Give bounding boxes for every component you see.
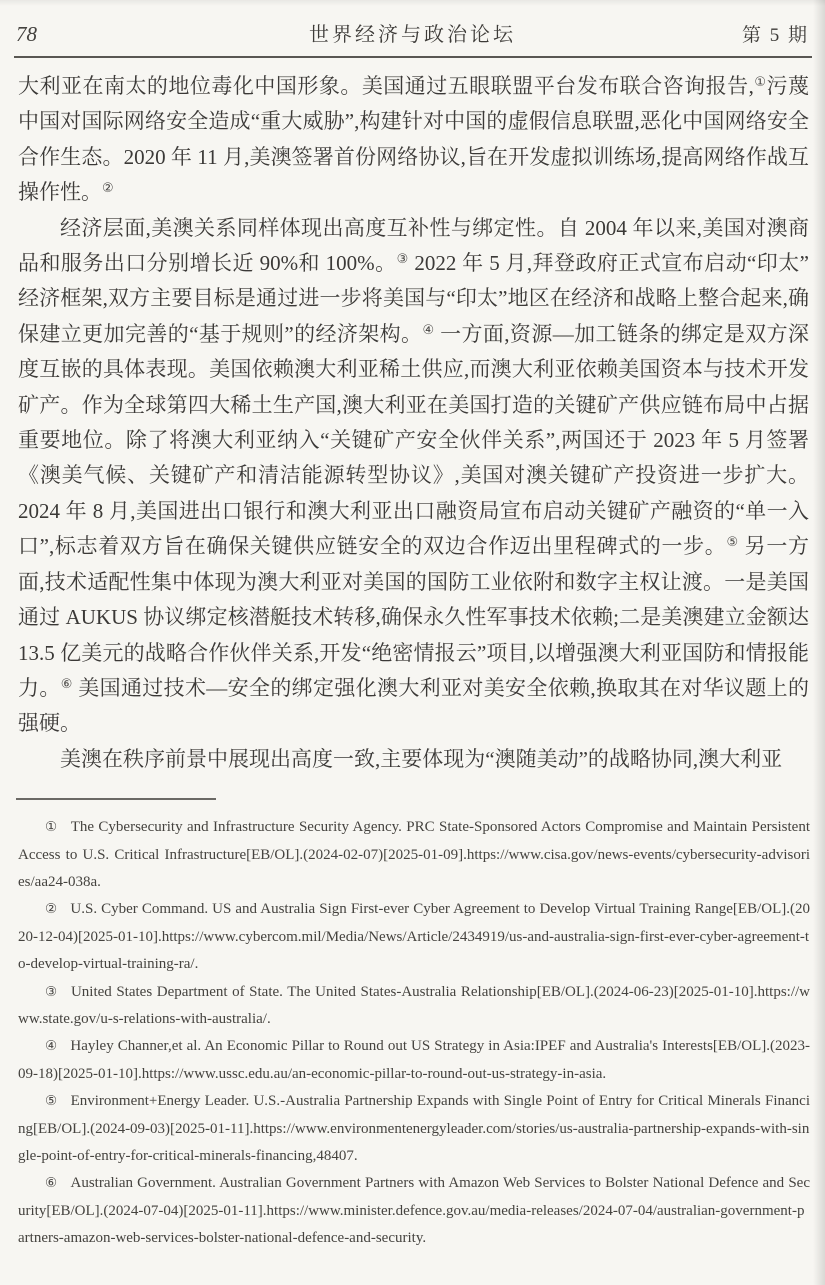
issue-number: 第 5 期 bbox=[679, 20, 809, 47]
footnote-ref-marker: ⑤ bbox=[726, 535, 738, 550]
footnote: ④Hayley Channer,et al. An Economic Pilla… bbox=[18, 1033, 810, 1088]
body-paragraphs: 大利亚在南太的地位毒化中国形象。美国通过五眼联盟平台发布联合咨询报告,①污蔑中国… bbox=[0, 58, 825, 777]
footnote: ③United States Department of State. The … bbox=[18, 979, 810, 1034]
footnote-text: The Cybersecurity and Infrastructure Sec… bbox=[18, 819, 810, 890]
footnote-marker: ④ bbox=[45, 1038, 57, 1054]
footnote-text: U.S. Cyber Command. US and Australia Sig… bbox=[18, 901, 810, 972]
footnote-ref-marker: ⑥ bbox=[61, 677, 73, 692]
footnote-ref-marker: ② bbox=[102, 181, 114, 196]
footnote-marker: ② bbox=[45, 901, 57, 917]
footnote-text: Australian Government. Australian Govern… bbox=[18, 1175, 810, 1246]
footnote-text: Hayley Channer,et al. An Economic Pillar… bbox=[18, 1038, 810, 1081]
footnote-text: Environment+Energy Leader. U.S.-Australi… bbox=[18, 1093, 810, 1164]
paragraph: 大利亚在南太的地位毒化中国形象。美国通过五眼联盟平台发布联合咨询报告,①污蔑中国… bbox=[18, 69, 809, 211]
footnotes-list: ①The Cybersecurity and Infrastructure Se… bbox=[0, 800, 825, 1253]
text-run: 一方面,资源—加工链条的绑定是双方深度互嵌的具体表现。美国依赖澳大利亚稀土供应,… bbox=[18, 322, 809, 558]
footnote-ref-marker: ① bbox=[754, 75, 767, 90]
footnote-marker: ① bbox=[45, 819, 58, 835]
footnote: ⑤Environment+Energy Leader. U.S.-Austral… bbox=[18, 1088, 810, 1170]
text-run: 美澳在秩序前景中展现出高度一致,主要体现为“澳随美动”的战略协同,澳大利亚 bbox=[60, 747, 782, 771]
page-header: 78 世界经济与政治论坛 第 5 期 bbox=[0, 0, 825, 47]
text-run: 大利亚在南太的地位毒化中国形象。美国通过五眼联盟平台发布联合咨询报告, bbox=[18, 74, 754, 98]
footnote-ref-marker: ③ bbox=[397, 252, 409, 267]
footnote: ⑥Australian Government. Australian Gover… bbox=[18, 1170, 810, 1252]
journal-title: 世界经济与政治论坛 bbox=[146, 18, 679, 47]
footnote-marker: ③ bbox=[45, 984, 58, 1000]
footnote: ①The Cybersecurity and Infrastructure Se… bbox=[18, 814, 810, 896]
footnote-marker: ⑤ bbox=[45, 1093, 58, 1109]
footnote: ②U.S. Cyber Command. US and Australia Si… bbox=[18, 896, 810, 978]
footnote-text: United States Department of State. The U… bbox=[18, 984, 810, 1027]
paragraph: 经济层面,美澳关系同样体现出高度互补性与绑定性。自 2004 年以来,美国对澳商… bbox=[18, 211, 809, 742]
text-run: 美国通过技术—安全的绑定强化澳大利亚对美安全依赖,换取其在对华议题上的强硬。 bbox=[18, 676, 809, 735]
paragraph: 美澳在秩序前景中展现出高度一致,主要体现为“澳随美动”的战略协同,澳大利亚 bbox=[18, 742, 809, 777]
journal-page: 78 世界经济与政治论坛 第 5 期 大利亚在南太的地位毒化中国形象。美国通过五… bbox=[0, 0, 825, 1285]
page-number: 78 bbox=[16, 22, 146, 47]
footnote-ref-marker: ④ bbox=[422, 323, 434, 338]
footnote-marker: ⑥ bbox=[45, 1175, 58, 1191]
